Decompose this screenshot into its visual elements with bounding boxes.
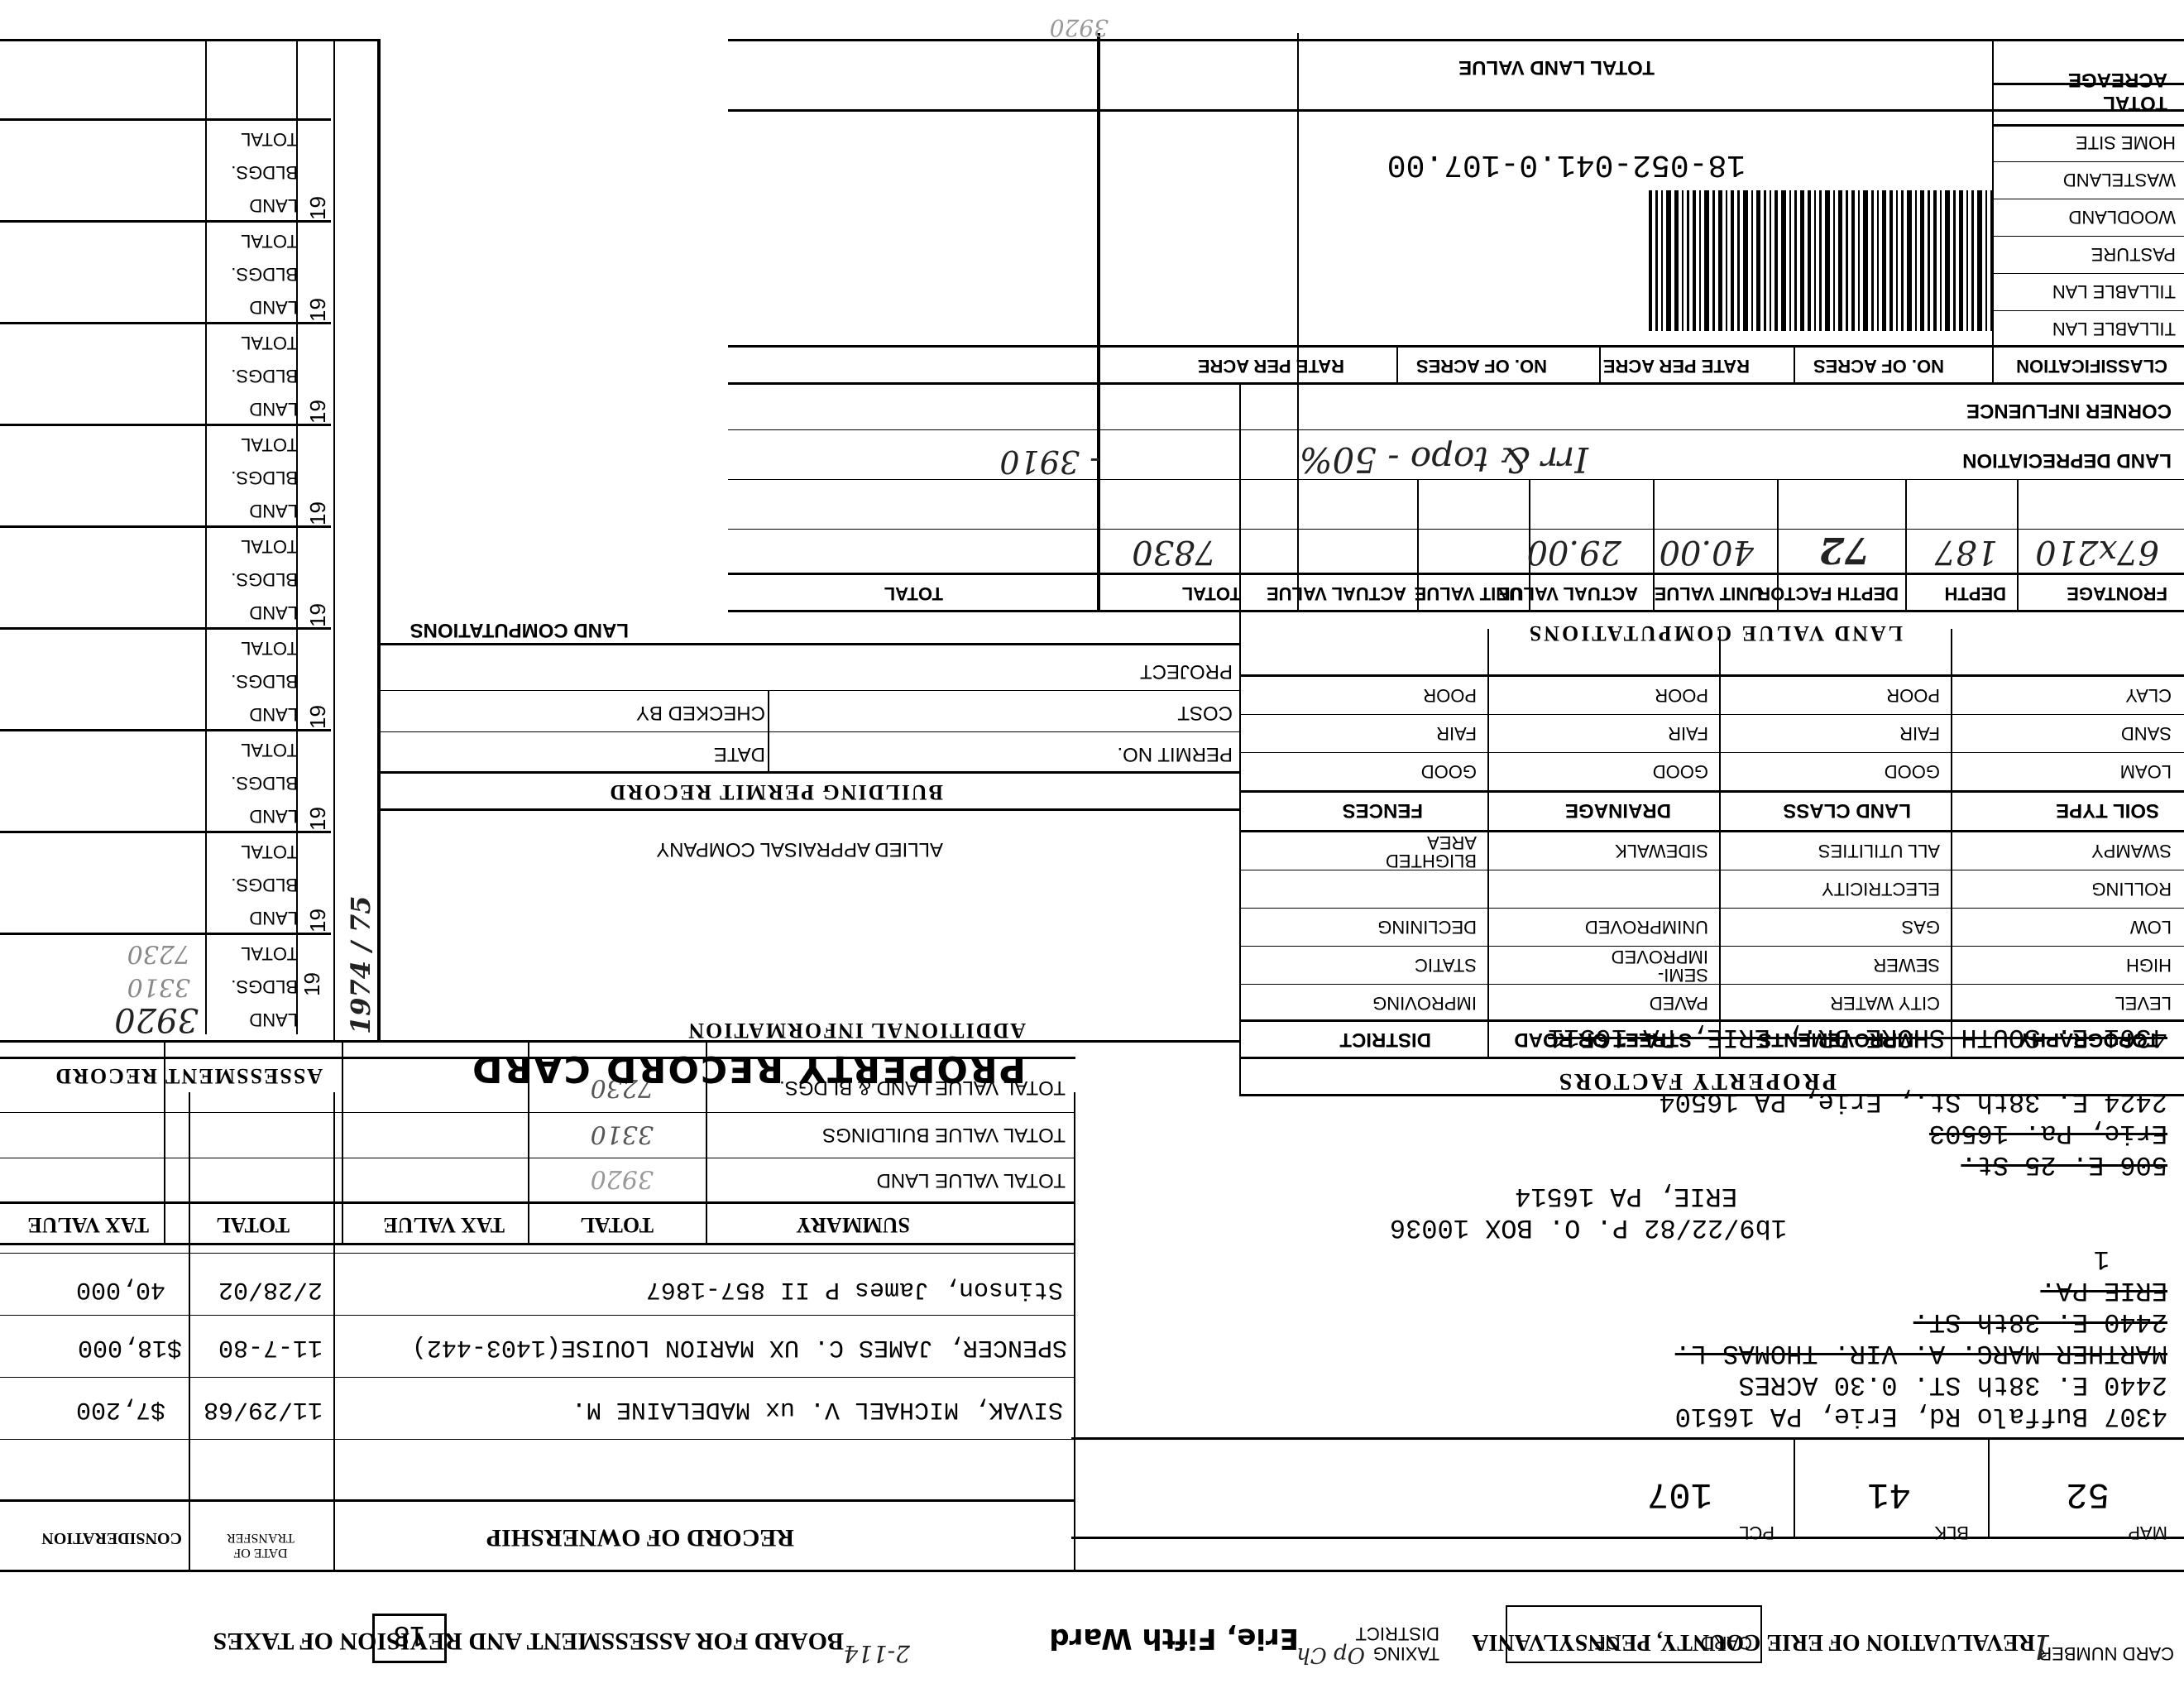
consideration: 40,000 [76,1275,165,1303]
checked-by-label: CHECKED BY [636,701,765,724]
taxing-district-label: TAXING DISTRICT [1332,1623,1439,1663]
additional-info-title: ADDITIONAL INFORMATION [687,1018,1026,1043]
address-line-struck: MARTHER MARG. A. VIR. THOMAS L. [1092,1337,2167,1369]
lvc-header-row: FRONTAGE DEPTH DEPTH FACTOR UNIT VALUE A… [728,575,2184,612]
depreciation-value: - 3910 [999,444,1100,480]
barcode [1645,190,1994,331]
unit-value: 40.00 [1659,533,1754,571]
district-header: DISTRICT [1339,1028,1431,1051]
assessment-block: 19LANDBLDGS.TOTAL [0,424,331,525]
summary-header: SUMMARY [796,1212,910,1237]
owner-row: Stinson, James P II 857-1867 [646,1275,1063,1303]
land-depreciation-label: LAND DEPRECIATION [1962,448,2172,472]
actual-value: 29.00 [1526,533,1621,571]
improvements-header: IMPROVEMENTS [1758,1028,1919,1051]
land-computations-label: LAND COMPUTATIONS [410,618,629,641]
assessed-total: 7230 [127,939,190,968]
total-header: TOTAL [580,1212,654,1237]
consideration: $18,000 [78,1333,182,1361]
address-line: ERIE, PA 16514 [1092,1180,2167,1211]
assessed-land: 3920 [114,1000,199,1038]
corner-influence-label: CORNER INFLUENCE [1966,399,2172,422]
transfer-date: 11-7-80 [218,1333,323,1361]
assessed-bldgs: 3310 [127,972,190,1001]
assessment-block: 19LANDBLDGS.TOTAL [0,118,331,220]
card-number-label: CARD NUMBER [2038,1643,2174,1663]
allied-appraisal: ALLIED APPRAISAL COMPANY [656,837,943,861]
address-line: 2440 E. 38th ST. 0.30 ACRES [1092,1369,2167,1400]
transfer-date: 2/28/02 [218,1275,323,1303]
transfer-date: 11/29/68 [204,1395,323,1423]
handwritten-note-1: 2-114 [843,1640,910,1667]
consideration-header: CONSIDERATION [41,1528,182,1547]
taxing-district-value: Erie, Fifth Ward [1049,1622,1299,1655]
date-label: DATE [714,742,765,765]
assessment-block: 19LANDBLDGS.TOTAL [0,322,331,424]
depreciation-note: Irr & topo - 50% [1300,439,1588,480]
assessment-block: 19LANDBLDGS.TOTAL [0,525,331,627]
map-label: MAP [2128,1522,2167,1543]
total-value: 7830 [1132,533,1216,571]
depth-value: 187 [1935,533,1998,571]
classification-rows: TILLABLE LAN TILLABLE LAN PASTURE WOODLA… [1994,83,2184,348]
assessment-block: 19LANDBLDGS.TOTAL [0,729,331,831]
assessment-block: 19LANDBLDGS.TOTAL [0,220,331,322]
property-record-card-title: PROPERTY RECORD CARD [438,1047,1241,1096]
address-line-struck: ERIE PA. [1092,1274,2167,1306]
pcl-label: PCL [1739,1522,1774,1543]
total-land-value-label: TOTAL LAND VALUE [1458,55,1655,79]
summary-row-label: TOTAL VALUE BUILDINGS [822,1123,1066,1146]
ward-box: 18 [372,1614,447,1663]
address-line-struck: 506 E. 25 St. [1092,1149,2167,1180]
assessment-block: 19 LAND BLDGS. TOTAL 3920 3310 7230 [0,933,331,1034]
address-line-struck: Erie, Pa. 16503 [1092,1117,2167,1149]
board-title-text: BOARD FOR ASSESSMENT AND REVISION OF TAX… [213,1627,844,1655]
tax-value-header-2: TAX VALUE [27,1212,149,1237]
cost-label: COST [1177,701,1233,724]
card-number-value: 1 [2031,1627,2052,1665]
summary-row-total: 3920 [591,1164,654,1193]
owner-row: SPENCER, JAMES C. UX MARION LOUISE(1403-… [412,1333,1067,1361]
card-of-box: CARD OF [1506,1605,1762,1663]
assessment-record-title: ASSESSMENT RECORD [54,1063,323,1088]
blk-value: 41 [1867,1473,1911,1514]
street-header: STREET OR ROAD [1514,1028,1692,1051]
assessment-block: 19LANDBLDGS.TOTAL [0,831,331,933]
project-label: PROJECT [1140,659,1233,683]
summary-row-label: TOTAL VALUE LAND [876,1168,1066,1192]
address-line: 4307 Buffalo Rd, Erie, PA 16510 [1092,1400,2167,1431]
blk-label: BLK [1934,1522,1969,1543]
ownership-title: RECORD OF OWNERSHIP [486,1523,794,1551]
summary-row-total: 3310 [591,1120,654,1149]
pcl-value: 107 [1647,1473,1712,1514]
assessment-year-written: 1974 / 75 [345,895,376,1034]
assessment-block: 19LANDBLDGS.TOTAL [0,627,331,729]
assessment-blocks: 19 LAND BLDGS. TOTAL 3920 3310 7230 19LA… [0,118,331,1034]
depth-factor-value: 72 [1819,529,1870,571]
permit-no-label: PERMIT NO. [1117,742,1233,765]
address-line: 1b9/22/82 P. O. BOX 10036 [1092,1211,2167,1243]
land-value-computations-title: LAND VALUE COMPUTATIONS [1527,621,1903,645]
owner-row: SIVAK, MICHAEL V. ux MADELAINE M. [572,1395,1063,1423]
tax-value-header: TAX VALUE [383,1212,505,1237]
building-permit-title: BUILDING PERMIT RECORD [608,779,943,804]
address-line-struck: 2440 E. 38th ST. [1092,1306,2167,1337]
card-normal-orientation: BOARD FOR ASSESSMENT AND REVISION OF TAX… [0,0,2184,1688]
address-line: 1 [1092,1243,2167,1274]
factor-rows: LEVEL CITY WATER PAVED IMPROVING HIGH SE… [1241,674,2184,1022]
total-header-2: TOTAL [216,1212,290,1237]
date-of-transfer-header: DATE OF TRANSFER [199,1530,323,1560]
topography-header: TOPOGRAPHY [2019,1028,2159,1051]
property-factors-title: PROPERTY FACTORS [1557,1067,1837,1094]
barcode-text: 18-052-041.0-107.00 [1387,146,1746,182]
total-land-value-amount: 3920 [1050,14,1109,41]
frontage-value: 67x210 [2035,533,2159,571]
map-value: 52 [2066,1473,2110,1514]
consideration: $7,200 [76,1395,165,1423]
classification-header-row: CLASSIFICATION NO. OF ACRES RATE PER ACR… [728,348,2184,385]
